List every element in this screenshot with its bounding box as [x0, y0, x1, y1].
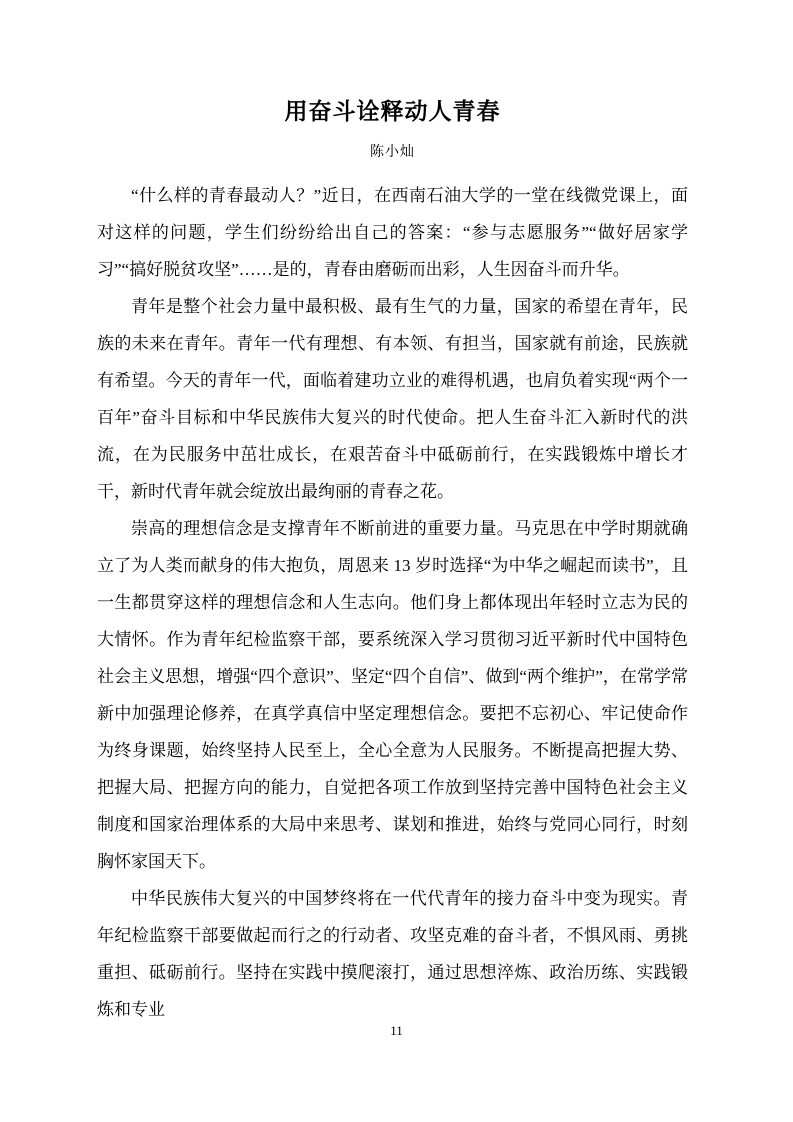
page-footer: 11	[0, 1022, 793, 1040]
document-page: 用奋斗诠释动人青春 陈小灿 “什么样的青春最动人？”近日，在西南石油大学的一堂在…	[0, 0, 793, 1122]
body-paragraph: 青年是整个社会力量中最积极、最有生气的力量，国家的希望在青年，民族的未来在青年。…	[97, 288, 688, 510]
page-number: 11	[390, 1023, 403, 1038]
document-body: “什么样的青春最动人？”近日，在西南石油大学的一堂在线微党课上，面对这样的问题，…	[97, 177, 688, 1028]
document-content: 用奋斗诠释动人青春 陈小灿 “什么样的青春最动人？”近日，在西南石油大学的一堂在…	[97, 96, 688, 1028]
body-paragraph: 崇高的理想信念是支撑青年不断前进的重要力量。马克思在中学时期就确立了为人类而献身…	[97, 510, 688, 880]
body-paragraph: 中华民族伟大复兴的中国梦终将在一代代青年的接力奋斗中变为现实。青年纪检监察干部要…	[97, 880, 688, 1028]
document-title: 用奋斗诠释动人青春	[97, 96, 688, 128]
author-name: 陈小灿	[97, 143, 688, 163]
body-paragraph: “什么样的青春最动人？”近日，在西南石油大学的一堂在线微党课上，面对这样的问题，…	[97, 177, 688, 288]
